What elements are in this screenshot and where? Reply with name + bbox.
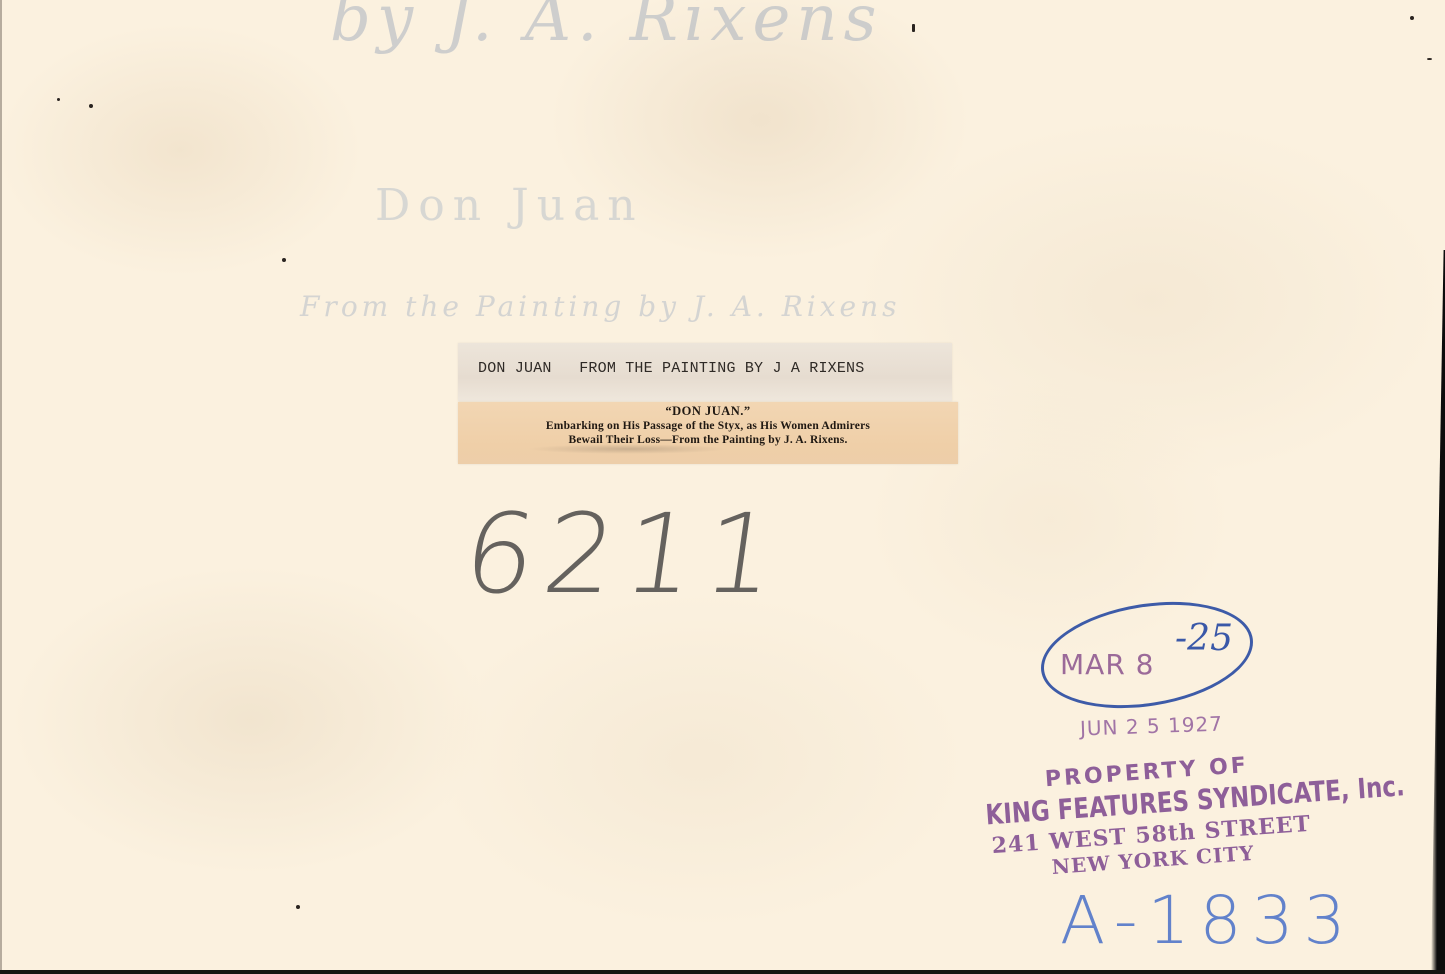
photo-back-paper: by J. A. Rixens Don Juan From the Painti… xyxy=(0,0,1445,974)
paper-edge-right xyxy=(1431,250,1445,974)
date-stamp-jun: JUN 2 5 1927 xyxy=(1080,712,1224,741)
dust-speck xyxy=(89,104,93,108)
clipping-line-1: Embarking on His Passage of the Styx, as… xyxy=(458,419,958,433)
pencil-note-artist: by J. A. Rixens xyxy=(330,0,882,56)
property-stamp: PROPERTY OF KING FEATURES SYNDICATE, Inc… xyxy=(947,746,1354,886)
handwritten-archive-number: A-1833 xyxy=(1060,882,1355,959)
paper-edge-left xyxy=(0,0,2,974)
handwritten-year: -25 xyxy=(1175,618,1233,659)
typed-caption-text: DON JUAN FROM THE PAINTING BY J A RIXENS xyxy=(478,360,864,377)
dust-speck xyxy=(912,24,915,32)
date-stamp-mar: MAR 8 xyxy=(1060,648,1154,681)
dust-speck xyxy=(57,98,60,101)
dust-speck xyxy=(1410,16,1414,20)
pencil-note-title: Don Juan xyxy=(375,180,644,231)
pencil-note-credit: From the Painting by J. A. Rixens xyxy=(300,290,901,323)
newspaper-clipping: “DON JUAN.” Embarking on His Passage of … xyxy=(458,402,958,464)
dust-speck xyxy=(1427,58,1432,60)
dust-speck xyxy=(282,258,286,262)
typed-caption-strip: DON JUAN FROM THE PAINTING BY J A RIXENS xyxy=(458,343,952,401)
dust-speck xyxy=(296,905,300,909)
handwritten-file-number: 6211 xyxy=(456,490,794,618)
paper-edge-bottom xyxy=(0,970,1445,974)
clipping-title: “DON JUAN.” xyxy=(458,404,958,419)
clipping-smudge xyxy=(528,444,728,454)
